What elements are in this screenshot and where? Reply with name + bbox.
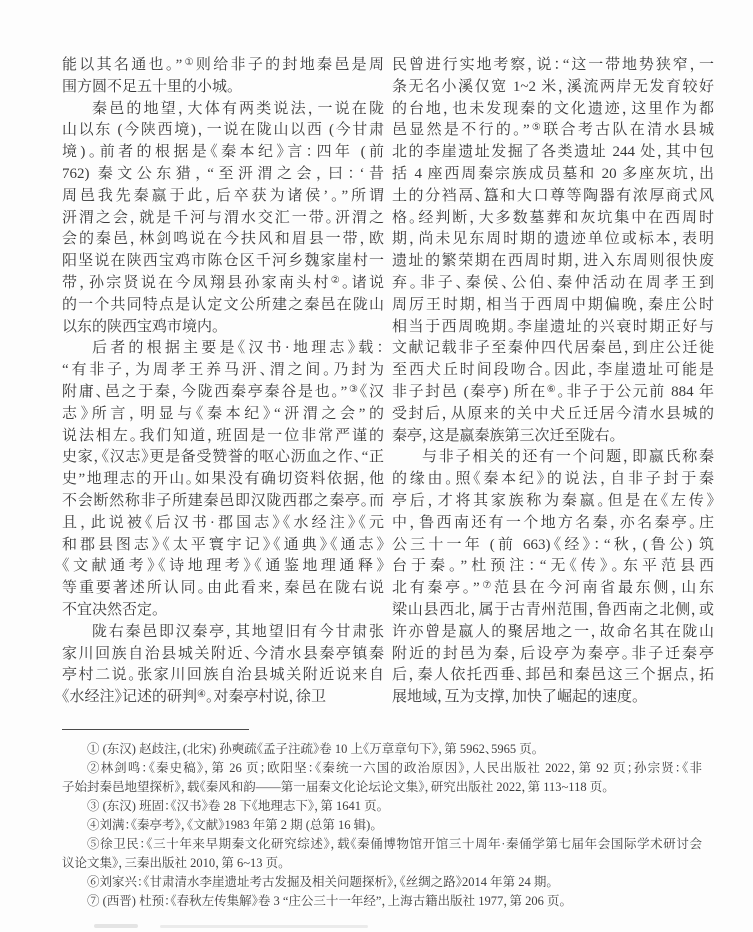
footnote-ref-marker: ② [331,275,342,286]
text-line: 公三十一年 (前 663)《经》：“秋，(鲁公) 筑 [392,535,714,557]
text-line: 台于秦。”杜预注：“无《传》。东平范县西 [392,556,714,578]
footnote-line: ③ (东汉) 班固：《汉书》卷 28 下《地理志下》，第 1641 页。 [62,797,702,816]
text-line: 中，鲁西南还有一个地方名秦，亦名秦亭。庄 [392,513,714,535]
text-line: 的台地，也未发现秦的文化遗迹，这里作为都 [392,99,714,121]
text-line: 以东的陕西宝鸡市境内。 [62,317,384,339]
text-line: 会的秦邑，林剑鸣说在今扶风和眉县一带，欧 [62,229,384,251]
text-line: 北有秦亭。”⑦范县在今河南省最东侧，山东 [392,578,714,600]
footnote-line: ① (东汉) 赵歧注，(北宋) 孙奭疏《孟子注疏》卷 10 上《万章章句下》，第… [62,740,702,759]
scan-artifact [94,924,138,928]
text-line: 境)。前者的根据是《秦本纪》言：四年 (前 [62,142,384,164]
footnote-ref-marker: ⑦ [480,580,494,591]
text-line: 762) 秦文公东猎，“至汧渭之会，曰：‘昔 [62,164,384,186]
footnote-line: ④刘满：《秦亭考》，《文献》1983 年第 2 期 (总第 16 辑)。 [62,816,702,835]
text-line: 山以东 (今陕西境)，一说在陇山以西 (今甘肃 [62,120,384,142]
footnote-ref-marker: ⑤ [530,122,544,133]
scan-artifact [160,925,368,928]
text-line: 受封后，从原来的关中犬丘迁居今清水县城的 [392,404,714,426]
text-line: 秦邑的地望，大体有两类说法，一说在陇 [62,99,384,121]
text-line: 汧渭之会，就是千河与渭水交汇一带。汧渭之 [62,208,384,230]
text-line: 北的李崖遗址发掘了各类遗址 244 处，其中包 [392,142,714,164]
text-line: 后者的根据主要是《汉书·地理志》载： [62,338,384,360]
text-line: 阳坚说在陕西宝鸡市陈仓区千河乡魏家崖村一 [62,251,384,273]
text-line: 与非子相关的还有一个问题，即嬴氏称秦 [392,447,714,469]
footnote-line: ⑥刘家兴：《甘肃清水李崖遗址考古发掘及相关问题探析》，《丝绸之路》2014 年第… [62,873,702,892]
text-line: 文献记载非子至秦仲四代居秦邑，到庄公迁徙 [392,338,714,360]
footnote-line: ⑦ (西晋) 杜预：《春秋左传集解》卷 3 “庄公三十一年经”，上海古籍出版社 … [62,892,702,911]
text-line: 不宜决然否定。 [62,600,384,622]
text-line: 格。经判断，大多数墓葬和灰坑集中在西周时 [392,208,714,230]
document-page: 能以其名通也。”①则给非子的封地秦邑是周围方圆不足五十里的小城。秦邑的地望，大体… [0,0,753,932]
text-line: 不会断然称非子所建秦邑即汉陇西郡之秦亭。而 [62,491,384,513]
footnote-line: 子始封秦邑地望探析》，载《秦风和韵——第一届秦文化论坛论文集》，研究出版社 20… [62,778,702,797]
text-line: 至西犬丘时间段吻合。因此，李崖遗址可能是 [392,360,714,382]
text-line: 附近的封邑为秦，后设亭为秦亭。非子迁秦亭 [392,644,714,666]
text-line: 亭村二说。张家川回族自治县城关附近说来自 [62,665,384,687]
footnote-line: ⑤徐卫民：《三十年来早期秦文化研究综述》，载《秦俑博物馆开馆三十周年·秦俑学第七… [62,835,702,854]
text-line: 且，此说被《后汉书·郡国志》《水经注》《元 [62,513,384,535]
text-line: 能以其名通也。”①则给非子的封地秦邑是周 [62,55,384,77]
footnote-ref-marker: ③ [347,384,359,395]
footnotes-block: ① (东汉) 赵歧注，(北宋) 孙奭疏《孟子注疏》卷 10 上《万章章句下》，第… [62,740,702,911]
text-line: 和郡县图志》《太平寰宇记》《通典》《通志》 [62,535,384,557]
text-line: 许亦曾是嬴人的聚居地之一，故命名其在陇山 [392,622,714,644]
footnote-ref-marker: ④ [197,689,206,700]
text-line: 《水经注》记述的研判④。对秦亭村说，徐卫 [62,687,384,709]
text-line: 展地域，互为支撑，加快了崛起的速度。 [392,687,714,709]
text-line: 期，尚未见东周时期的遗迹单位或标本，表明 [392,229,714,251]
text-line: 梁山县西北，属于古青州范围，鲁西南之北侧，或 [392,600,714,622]
text-line: 括 4 座西周秦宗族成员墓和 20 多座灰坑，出 [392,164,714,186]
text-line: 遗址的繁荣期在西周时期，进入东周则很快废 [392,251,714,273]
text-line: 亭后，才将其家族称为秦嬴。但是在《左传》 [392,491,714,513]
text-line: 条无名小溪仅宽 1~2 米，溪流两岸无发育较好 [392,77,714,99]
text-line: 说法相左。我们知道，班固是一位非常严谨的 [62,426,384,448]
text-line: 后，秦人依托西垂、邽邑和秦邑这三个据点，拓 [392,665,714,687]
text-line: 非子封邑 (秦亭) 所在⑥。非子于公元前 884 年 [392,382,714,404]
text-line: 志》所言，明显与《秦本纪》“汧渭之会”的 [62,404,384,426]
footnote-divider [62,729,249,730]
text-line: 民曾进行实地考察，说：“这一带地势狭窄，一 [392,55,714,77]
text-line: 土的分裆鬲、簋和大口尊等陶器有浓厚商式风 [392,186,714,208]
text-line: 弃。非子、秦侯、公伯、秦仲活动在周孝王到 [392,273,714,295]
text-line: 的缘由。照《秦本纪》的说法，自非子封于秦 [392,469,714,491]
text-line: 的一个共同特点是认定文公所建之秦邑在陇山 [62,295,384,317]
text-line: 《文献通考》《诗地理考》《通鉴地理通释》 [62,556,384,578]
text-line: 周厉王时期，相当于西周中期偏晚，秦庄公时 [392,295,714,317]
footnote-line: ②林剑鸣：《秦史稿》，第 26 页；欧阳坚：《秦统一六国的政治原因》，人民出版社… [62,759,702,778]
text-line: 附庸、邑之于秦，今陇西秦亭秦谷是也。”③《汉 [62,382,384,404]
text-line: 周邑我先秦嬴于此，后卒获为诸侯’。”所谓 [62,186,384,208]
text-line: 史”地理志的开山。如果没有确切资料依据，他 [62,469,384,491]
text-line: 史家，《汉志》更是备受赞誉的呕心沥血之作、“正 [62,447,384,469]
right-column: 民曾进行实地考察，说：“这一带地势狭窄，一条无名小溪仅宽 1~2 米，溪流两岸无… [392,55,714,709]
text-line: 相当于西周晚期。李崖遗址的兴衰时期正好与 [392,317,714,339]
text-line: 围方圆不足五十里的小城。 [62,77,384,99]
text-line: 家川回族自治县城关附近、今清水县秦亭镇秦 [62,644,384,666]
footnote-ref-marker: ⑥ [547,384,558,395]
text-line: 陇右秦邑即汉秦亭，其地望旧有今甘肃张 [62,622,384,644]
text-line: “有非子，为周孝王养马汧、渭之间。乃封为 [62,360,384,382]
text-line: 秦亭，这是嬴秦族第三次迁至陇右。 [392,426,714,448]
footnote-line: 议论文集》，三秦出版社 2010，第 6~13 页。 [62,854,702,873]
left-column: 能以其名通也。”①则给非子的封地秦邑是周围方圆不足五十里的小城。秦邑的地望，大体… [62,55,384,709]
footnote-ref-marker: ① [182,57,196,68]
text-line: 等重要著述所认同。由此看来，秦邑在陇右说 [62,578,384,600]
text-line: 带，孙宗贤说在今凤翔县孙家南头村②。诸说 [62,273,384,295]
text-line: 邑显然是不行的。”⑤联合考古队在清水县城 [392,120,714,142]
